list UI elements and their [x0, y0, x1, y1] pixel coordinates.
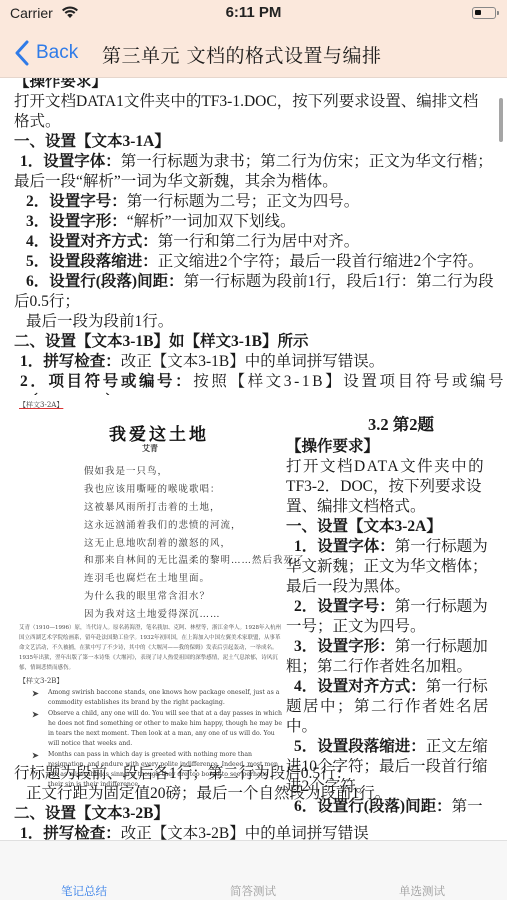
poem-line: 这永远汹涌着我们的悲愤的河流， [84, 517, 242, 531]
section-heading: 一、设置【文本3-1A】 [14, 132, 494, 152]
doc-item: 1．设置字体：第一行标题为隶书；第二行为仿宋；正文为华文行楷； [14, 152, 494, 172]
tab-notes-summary[interactable]: 笔记总结 [34, 883, 134, 899]
tab-short-answer-test[interactable]: 简答测试 [203, 883, 303, 899]
doc-paragraph: 格式。 [14, 112, 494, 132]
doc-item: 1．设置字体：第一行标题为 [286, 537, 496, 557]
arrow-bullet-icon: ➤ [32, 688, 48, 708]
doc-item: 4．设置对齐方式：第一行和第二行为居中对齐。 [14, 232, 494, 252]
poem-line: 和那来自林间的无比温柔的黎明……然后我死了， [84, 552, 315, 566]
doc-item-cont: 最后一段为段前1行。 [14, 312, 494, 332]
poem-line: 假如我是一只鸟， [84, 463, 168, 477]
arrow-bullet-icon: ➤ [32, 709, 48, 749]
sample-label-2: 【样文3-2B】 [19, 676, 63, 686]
back-button[interactable]: Back [14, 38, 78, 68]
doc-item: 5．设置段落缩进：正文缩进2个字符；最后一段首行缩进2个字符。 [14, 252, 494, 272]
poem-line: 这被暴风雨所打击着的土地， [84, 499, 221, 513]
doc-item-cont: 后0.5行； [14, 292, 494, 312]
poem-line: 为什么我的眼里常含泪水？ [84, 588, 210, 602]
tab-bar: 笔记总结 简答测试 单选测试 [0, 840, 507, 900]
poem-line: 这无止息地吹刮着的激怒的风， [84, 535, 231, 549]
question-heading: 3.2 第2题 [286, 415, 496, 435]
back-label: Back [36, 42, 78, 64]
doc-item-cont: 题居中；第二行作者姓名居 [286, 697, 496, 717]
document-section-2: 行标题为段前、段后各1行；第二行为段后0.5行： 正文行距为固定值20磅；最后一… [14, 764, 504, 840]
sample-label: 【样文3-2A】 [19, 400, 63, 410]
section-heading: 二、设置【文本3-2B】 [14, 804, 504, 824]
section-heading: 二、设置【文本3-1B】如【样文3-1B】所示 [14, 332, 494, 352]
poem-line: 连羽毛也腐烂在土地里面。 [84, 570, 210, 584]
requirement-heading: 【操作要求】 [286, 437, 496, 457]
doc-item-cont: 行标题为段前、段后各1行；第二行为段后0.5行： [14, 764, 504, 784]
doc-item: 3．设置字形：“解析”一词加双下划线。 [14, 212, 494, 232]
page-title: 第三单元 文档的格式设置与编排 [102, 41, 382, 68]
section-heading: 一、设置【文本3-2A】 [286, 517, 496, 537]
doc-item-cont: 正文行距为固定值20磅；最后一个自然段为段前1行。 [14, 784, 504, 804]
question-2-column: 3.2 第2题 【操作要求】 打开文档DATA文件夹中的 TF3-2．DOC，按… [286, 415, 496, 817]
vertical-scrollbar[interactable] [499, 98, 503, 142]
bullet-item: ➤Among swirish baccone stands, one knows… [32, 688, 284, 708]
poem-line: 我也应该用嘶哑的喉咙歌唱： [84, 481, 221, 495]
doc-item: 1．拼写检查：改正【文本3-1B】中的单词拼写错误。 [14, 352, 494, 372]
bullet-item: ➤Observe a child, any one will do. You w… [32, 709, 284, 749]
poet-biography: 艾青（1910—1996）原，当代诗人。原名蒋海澄，笔名莪加、克阿、林壁等，浙江… [19, 623, 284, 675]
doc-item-cont: 粗；第二行作者姓名加粗。 [286, 657, 496, 677]
doc-paragraph: TF3-2．DOC，按下列要求设 [286, 477, 496, 497]
doc-item-cont: 一号；正文为四号。 [286, 617, 496, 637]
doc-item: 1．拼写检查：改正【文本3-2B】中的单词拼写错误 [14, 824, 504, 840]
poem-title: 我爱这土地 [109, 420, 209, 445]
doc-item: 3．设置字形：第一行标题加 [286, 637, 496, 657]
doc-paragraph: 置、编排文档格式。 [286, 497, 496, 517]
doc-item: 5．设置段落缩进：正文左缩 [286, 737, 496, 757]
doc-paragraph: 打开文档DATA1文件夹中的TF3-1.DOC，按下列要求设置、编排文档 [14, 92, 494, 112]
battery-icon [472, 7, 496, 19]
doc-item: 2．项目符号或编号：按照【样文3-1B】设置项目符号或编号 [14, 372, 494, 392]
document-section-1: 【操作要求】 打开文档DATA1文件夹中的TF3-1.DOC，按下列要求设置、编… [14, 78, 494, 412]
doc-item-cont: 最后一段“解析”一词为华文新魏，其余为楷体。 [14, 172, 494, 192]
doc-item-cont: 华文新魏；正文为华文楷体； [286, 557, 496, 577]
poem-line: 因为我对这土地爱得深沉…… [84, 606, 221, 620]
tab-single-choice-test[interactable]: 单选测试 [372, 883, 472, 899]
clock: 6:11 PM [0, 4, 507, 21]
sample-document-image: 【样文3-2A】 我爱这土地 艾青 假如我是一只鸟， 我也应该用嘶哑的喉咙歌唱：… [14, 395, 284, 773]
doc-item: 2．设置字号：第一行标题为二号；正文为四号。 [14, 192, 494, 212]
status-bar: Carrier 6:11 PM [0, 0, 507, 28]
doc-paragraph: 打开文档DATA文件夹中的 [286, 457, 496, 477]
doc-item: 6．设置行(段落)间距：第一行标题为段前1行，段后1行：第二行为段 [14, 272, 494, 292]
document-scroll-view[interactable]: 【操作要求】 打开文档DATA1文件夹中的TF3-1.DOC，按下列要求设置、编… [0, 78, 507, 840]
doc-item: 4．设置对齐方式：第一行标 [286, 677, 496, 697]
requirement-heading: 【操作要求】 [14, 78, 494, 92]
chevron-left-icon [14, 40, 30, 66]
navigation-bar: Back 第三单元 文档的格式设置与编排 [0, 28, 507, 78]
poem-author: 艾青 [142, 443, 158, 454]
doc-item-cont: 中。 [286, 717, 496, 737]
battery-tip [497, 11, 499, 15]
doc-item: 2．设置字号：第一行标题为 [286, 597, 496, 617]
doc-item-cont: 最后一段为黑体。 [286, 577, 496, 597]
